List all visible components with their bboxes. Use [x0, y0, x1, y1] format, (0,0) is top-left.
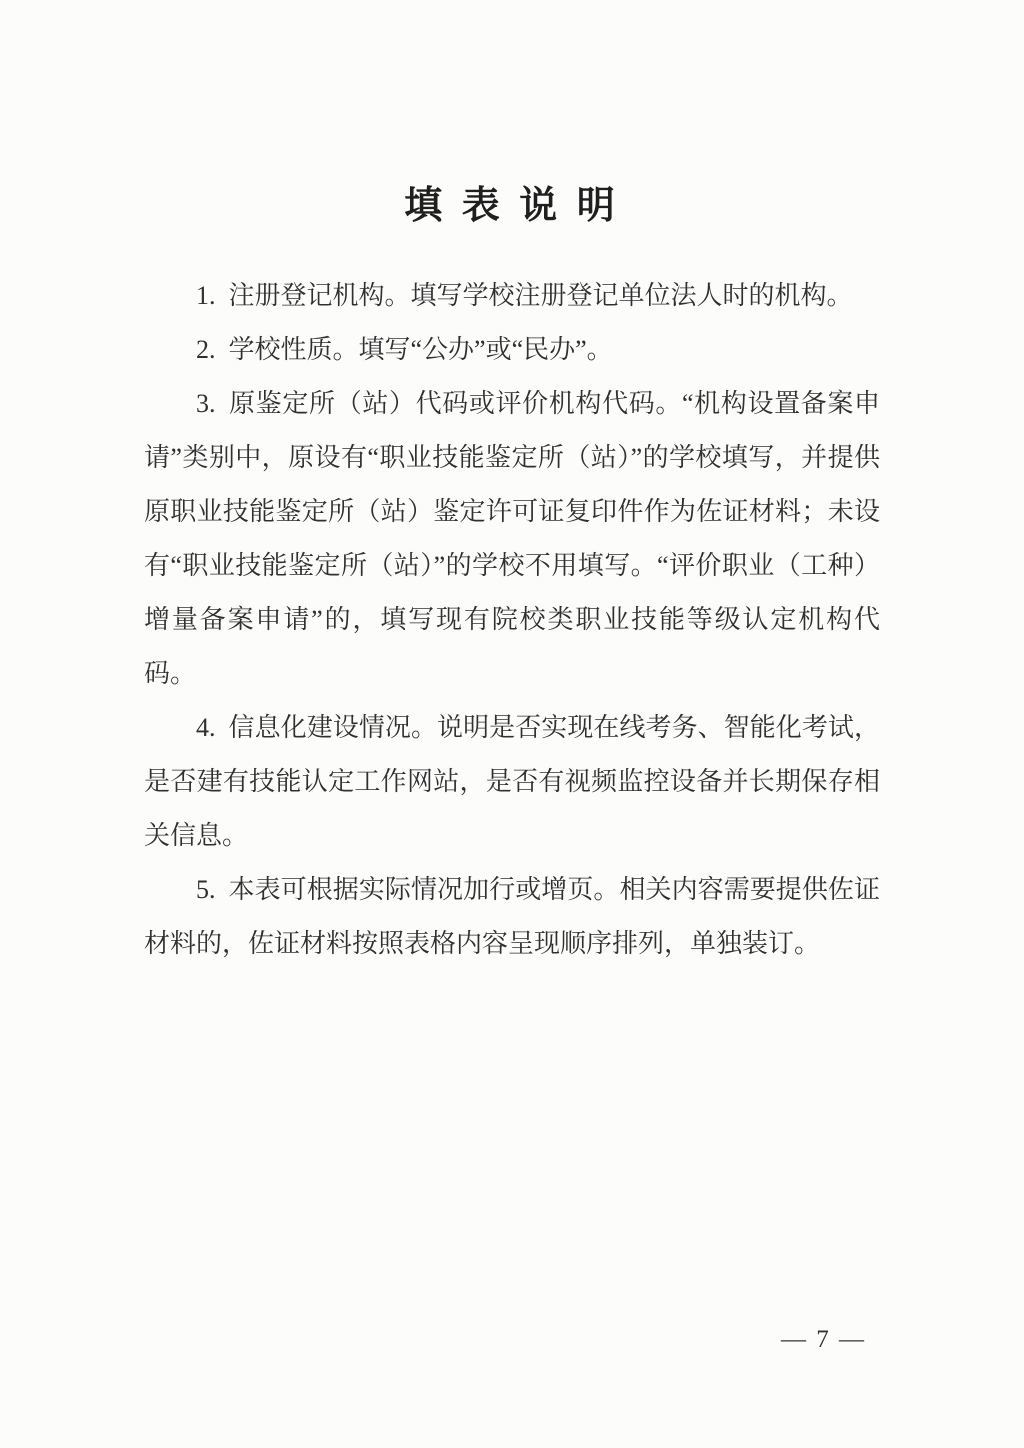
instruction-text: 信息化建设情况。说明是否实现在线考务、智能化考试，是否建有技能认定工作网站，是否… [144, 713, 880, 850]
document-page: 填 表 说 明 1.注册登记机构。填写学校注册登记单位法人时的机构。 2.学校性… [0, 0, 1024, 1448]
instruction-number: 5. [196, 875, 229, 904]
instruction-number: 1. [196, 281, 229, 310]
instruction-number: 2. [196, 335, 229, 364]
instruction-item-3: 3.原鉴定所（站）代码或评价机构代码。“机构设置备案申请”类别中，原设有“职业技… [144, 377, 880, 701]
instruction-number: 4. [196, 713, 229, 742]
page-title: 填 表 说 明 [0, 0, 1024, 229]
instruction-text: 本表可根据实际情况加行或增页。相关内容需要提供佐证材料的，佐证材料按照表格内容呈… [144, 875, 880, 958]
instructions-list: 1.注册登记机构。填写学校注册登记单位法人时的机构。 2.学校性质。填写“公办”… [144, 269, 880, 971]
instruction-item-2: 2.学校性质。填写“公办”或“民办”。 [144, 323, 880, 377]
instruction-text: 注册登记机构。填写学校注册登记单位法人时的机构。 [229, 281, 853, 310]
instruction-item-1: 1.注册登记机构。填写学校注册登记单位法人时的机构。 [144, 269, 880, 323]
instruction-item-5: 5.本表可根据实际情况加行或增页。相关内容需要提供佐证材料的，佐证材料按照表格内… [144, 863, 880, 971]
instruction-text: 学校性质。填写“公办”或“民办”。 [229, 335, 613, 364]
instruction-text: 原鉴定所（站）代码或评价机构代码。“机构设置备案申请”类别中，原设有“职业技能鉴… [144, 389, 880, 688]
page-number: — 7 — [781, 1326, 866, 1354]
instruction-item-4: 4.信息化建设情况。说明是否实现在线考务、智能化考试，是否建有技能认定工作网站，… [144, 701, 880, 863]
instruction-number: 3. [196, 389, 229, 418]
